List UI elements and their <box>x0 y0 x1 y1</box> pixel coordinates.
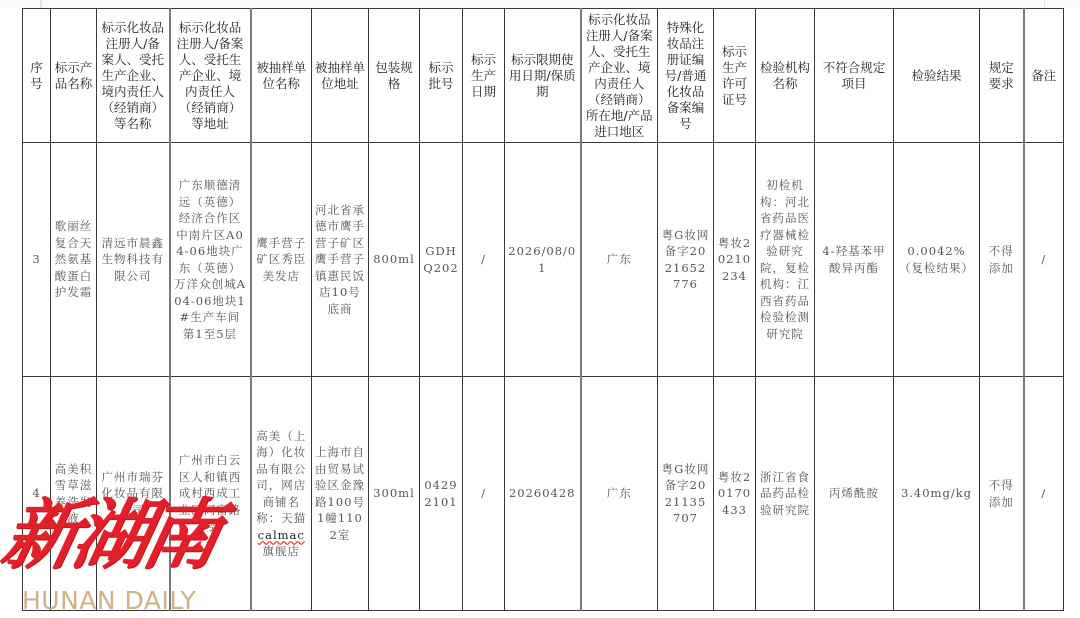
cell-requirement: 不得添加 <box>980 143 1024 377</box>
header-sampled-unit-name: 被抽样单位名称 <box>251 9 312 143</box>
cell-registrant-name: 清远市晨鑫生物科技有限公司 <box>97 143 170 377</box>
table-row: 3 歌丽丝复合天然氨基酸蛋白护发霜 清远市晨鑫生物科技有限公司 广东顺德清远（英… <box>23 143 1064 377</box>
header-nonconforming-item: 不符合规定项目 <box>815 9 894 143</box>
sampled-unit-name-suffix: 旗舰店 <box>263 544 301 558</box>
cell-sampled-unit-name: 高美（上海）化妆品有限公司，网店商铺名称：天猫calmac旗舰店 <box>251 377 312 611</box>
cell-sampled-unit-address: 上海市自由贸易试验区金豫路100号1幢1102室 <box>312 377 369 611</box>
cell-origin-region: 广东 <box>581 143 658 377</box>
cell-production-license: 粤妆20210234 <box>714 143 756 377</box>
header-expiry-date: 标示限期使用日期/保质期 <box>505 9 581 143</box>
header-origin-region: 标示化妆品注册人/备案人、受托生产企业、境内责任人（经销商）所在地/产品进口地区 <box>581 9 658 143</box>
cell-production-license: 粤妆20170433 <box>714 377 756 611</box>
cell-inspection-agency: 初检机构：河北省药品医疗器械检验研究院，复检机构：江西省药品检验检测研究院 <box>756 143 815 377</box>
cell-registrant-address: 广州市白云区人和镇西成村西成工业区同富路 号 <box>170 377 251 611</box>
cell-product-name: 高美积雪草滋养洗发液 <box>51 377 97 611</box>
cell-filing-no: 粤G妆网备字2021135707 <box>658 377 714 611</box>
header-filing-no: 特殊化妆品注册证编号/普通化妆品备案编号 <box>658 9 714 143</box>
cell-registrant-address: 广东顺德清远（英德）经济合作区中南片区A04-06地块广东（英德）万洋众创城A0… <box>170 143 251 377</box>
cell-inspection-agency: 浙江省食品药品检验研究院 <box>756 377 815 611</box>
cell-package-spec: 300ml <box>369 377 420 611</box>
cell-production-date: / <box>463 143 505 377</box>
cell-batch-no: 04292101 <box>420 377 463 611</box>
header-registrant-name: 标示化妆品注册人/备案人、受托生产企业、境内责任人（经销商）等名称 <box>97 9 170 143</box>
page-margin-marker-right <box>1044 0 1045 8</box>
cell-serial-no: 3 <box>23 143 51 377</box>
header-result: 检验结果 <box>894 9 980 143</box>
header-remarks: 备注 <box>1024 9 1064 143</box>
cell-product-name: 歌丽丝复合天然氨基酸蛋白护发霜 <box>51 143 97 377</box>
cell-expiry-date: 2026/08/01 <box>505 143 581 377</box>
brand-name-spellcheck-flag: calmac <box>258 528 305 542</box>
sampled-unit-name-prefix: 高美（上海）化妆品有限公司，网店商铺名称：天猫 <box>256 429 306 526</box>
header-inspection-agency: 检验机构名称 <box>756 9 815 143</box>
cell-registrant-name: 广州市瑞芬化妆品有限公司 <box>97 377 170 611</box>
cell-sampled-unit-address: 河北省承德市鹰手营子矿区鹰手营子镇惠民饭店10号底商 <box>312 143 369 377</box>
header-package-spec: 包装规格 <box>369 9 420 143</box>
cell-remarks: / <box>1024 143 1064 377</box>
cell-nonconforming-item: 丙烯酰胺 <box>815 377 894 611</box>
cell-batch-no: GDHQ202 <box>420 143 463 377</box>
cell-production-date: / <box>463 377 505 611</box>
cell-serial-no: 4 <box>23 377 51 611</box>
header-product-name: 标示产品名称 <box>51 9 97 143</box>
header-serial-no: 序号 <box>23 9 51 143</box>
cell-nonconforming-item: 4-羟基苯甲酸异丙酯 <box>815 143 894 377</box>
cell-filing-no: 粤G妆网备字2021652776 <box>658 143 714 377</box>
table-header-row: 序号 标示产品名称 标示化妆品注册人/备案人、受托生产企业、境内责任人（经销商）… <box>23 9 1064 143</box>
header-registrant-address: 标示化妆品注册人/备案人、受托生产企业、境内责任人（经销商）等地址 <box>170 9 251 143</box>
header-sampled-unit-address: 被抽样单位地址 <box>312 9 369 143</box>
cell-package-spec: 800ml <box>369 143 420 377</box>
cell-remarks: / <box>1024 377 1064 611</box>
page-top-margin <box>0 0 1080 8</box>
cell-result: 0.0042%（复检结果） <box>894 143 980 377</box>
cell-result: 3.40mg/kg <box>894 377 980 611</box>
cell-expiry-date: 20260428 <box>505 377 581 611</box>
page-margin-marker-left <box>40 0 42 8</box>
table-row: 4 高美积雪草滋养洗发液 广州市瑞芬化妆品有限公司 广州市白云区人和镇西成村西成… <box>23 377 1064 611</box>
sampling-results-table: 序号 标示产品名称 标示化妆品注册人/备案人、受托生产企业、境内责任人（经销商）… <box>22 8 1064 611</box>
header-production-date: 标示生产日期 <box>463 9 505 143</box>
cell-requirement: 不得添加 <box>980 377 1024 611</box>
header-production-license: 标示生产许可证号 <box>714 9 756 143</box>
header-requirement: 规定要求 <box>980 9 1024 143</box>
cell-origin-region: 广东 <box>581 377 658 611</box>
header-batch-no: 标示批号 <box>420 9 463 143</box>
cell-sampled-unit-name: 鹰手营子矿区秀臣美发店 <box>251 143 312 377</box>
